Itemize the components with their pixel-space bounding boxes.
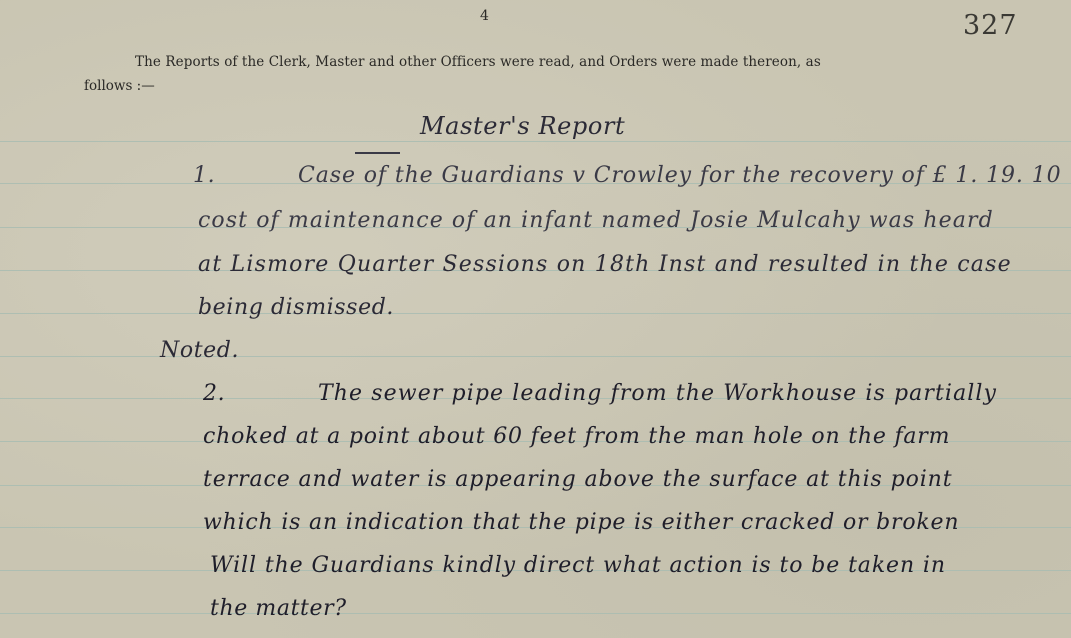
printed-header-line-1: The Reports of the Clerk, Master and oth… xyxy=(135,54,821,70)
ruled-line xyxy=(0,313,1071,314)
title-underline xyxy=(355,152,400,154)
page-number: 327 xyxy=(963,10,1018,41)
item-2-line-4: which is an indication that the pipe is … xyxy=(203,510,959,535)
ruled-line xyxy=(0,613,1071,614)
item-1-line-2: cost of maintenance of an infant named J… xyxy=(198,208,994,233)
printed-header-line-2: follows :— xyxy=(84,78,155,94)
ruled-line xyxy=(0,141,1071,142)
item-1-number: 1. xyxy=(193,163,215,188)
item-1-line-1: Case of the Guardians v Crowley for the … xyxy=(298,163,1061,188)
item-2-line-1: The sewer pipe leading from the Workhous… xyxy=(318,381,997,406)
item-1-line-4: being dismissed. xyxy=(198,295,394,320)
item-1-order: Noted. xyxy=(160,338,239,363)
item-2-line-6: the matter? xyxy=(210,596,347,621)
item-1-line-3: at Lismore Quarter Sessions on 18th Inst… xyxy=(198,252,1012,277)
item-2-line-5: Will the Guardians kindly direct what ac… xyxy=(210,553,946,578)
item-2-number: 2. xyxy=(203,381,225,406)
item-2-line-2: choked at a point about 60 feet from the… xyxy=(203,424,950,449)
folio-number-small: 4 xyxy=(480,8,489,24)
ledger-page: 4 327 The Reports of the Clerk, Master a… xyxy=(0,0,1071,638)
report-title: Master's Report xyxy=(420,112,625,140)
item-2-line-3: terrace and water is appearing above the… xyxy=(203,467,953,492)
